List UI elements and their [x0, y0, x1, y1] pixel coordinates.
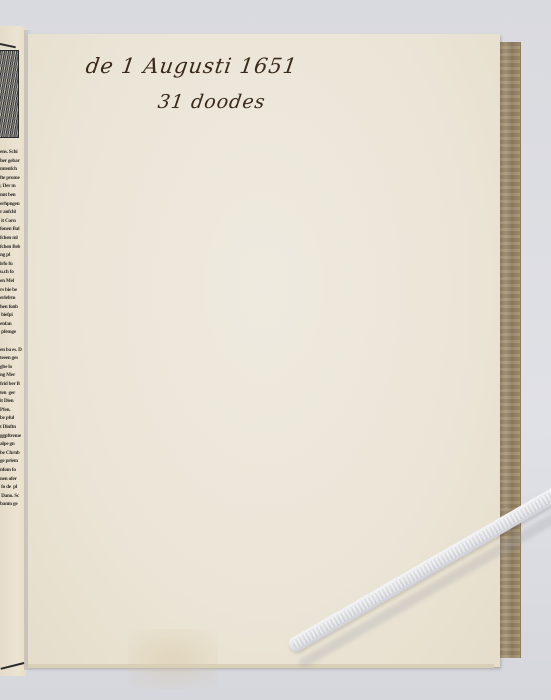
foxing-stain: [128, 629, 218, 689]
woodcut-illustration-icon: [0, 50, 19, 138]
left-facing-page: ens. Schi her gebar mtenfch fte prome ; …: [0, 26, 26, 676]
inscription-second-line: 31 doodes: [156, 91, 267, 113]
handwritten-inscription: de 1 Augusti 1651 31 doodes: [28, 34, 500, 154]
inscription-date-line: de 1 Augusti 1651: [84, 54, 299, 78]
printed-border-rule: [1, 662, 25, 669]
book-photograph: ens. Schi her gebar mtenfch fte prome ; …: [0, 0, 551, 700]
page-bottom-edge: [28, 664, 494, 668]
woodcut-border-rule: [0, 43, 16, 48]
rear-board-edge: [500, 42, 521, 658]
printed-blackletter-text: ens. Schi her gebar mtenfch fte prome ; …: [0, 148, 22, 509]
